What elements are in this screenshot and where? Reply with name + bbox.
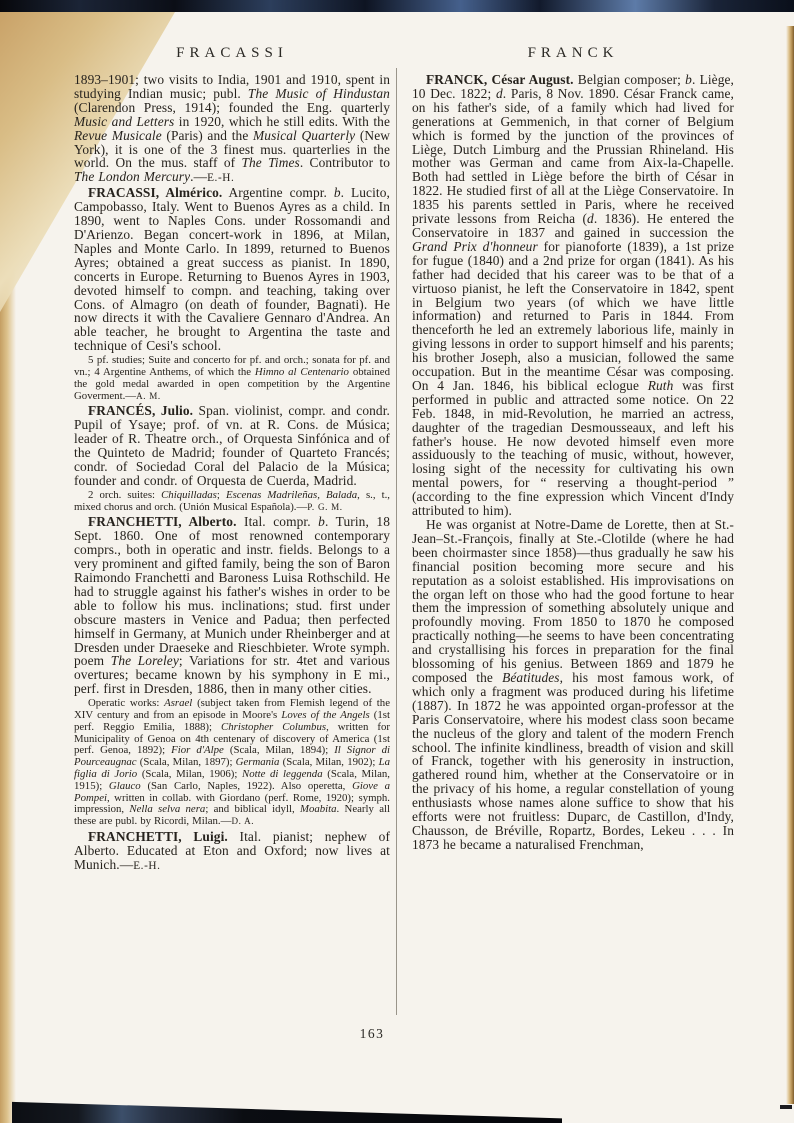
worklist-fracassi: 5 pf. studies; Suite and concerto for pf… bbox=[74, 355, 390, 402]
entry-continuation: 1893–1901; two visits to India, 1901 and… bbox=[74, 73, 390, 186]
column-right: FRANCK FRANCK, César August. Belgian com… bbox=[412, 46, 734, 874]
entry-franck-cesar-para-2: He was organist at Notre-Dame de Lorette… bbox=[412, 518, 734, 852]
book-edge-marbled-top bbox=[0, 0, 794, 12]
column-left: FRACASSI 1893–1901; two visits to India,… bbox=[74, 46, 390, 874]
worklist-franchetti-alberto: Operatic works: Asrael (subject taken fr… bbox=[74, 698, 390, 828]
entry-frances-julio: FRANCÉS, Julio. Span. violinist, compr. … bbox=[74, 404, 390, 487]
book-edge-marbled-bottom bbox=[12, 1100, 562, 1123]
page-body: FRACASSI 1893–1901; two visits to India,… bbox=[74, 46, 734, 874]
running-head-left: FRACASSI bbox=[74, 46, 390, 61]
entry-franchetti-luigi: FRANCHETTI, Luigi. Ital. pianist; nephew… bbox=[74, 830, 390, 874]
entry-franchetti-alberto: FRANCHETTI, Alberto. Ital. compr. b. Tur… bbox=[74, 515, 390, 696]
worklist-frances: 2 orch. suites: Chiquilladas; Escenas Ma… bbox=[74, 490, 390, 514]
book-edge-bottom-right-mark bbox=[780, 1105, 792, 1109]
entry-franck-cesar-para-1: FRANCK, César August. Belgian composer; … bbox=[412, 73, 734, 518]
column-right-text: FRANCK, César August. Belgian composer; … bbox=[412, 73, 734, 852]
column-left-text: 1893–1901; two visits to India, 1901 and… bbox=[74, 73, 390, 874]
page-edge-right bbox=[786, 26, 794, 1104]
page-number: 163 bbox=[332, 1026, 412, 1042]
running-head-right: FRANCK bbox=[412, 46, 734, 61]
entry-fracassi-almerico: FRACASSI, Almérico. Argentine compr. b. … bbox=[74, 186, 390, 353]
